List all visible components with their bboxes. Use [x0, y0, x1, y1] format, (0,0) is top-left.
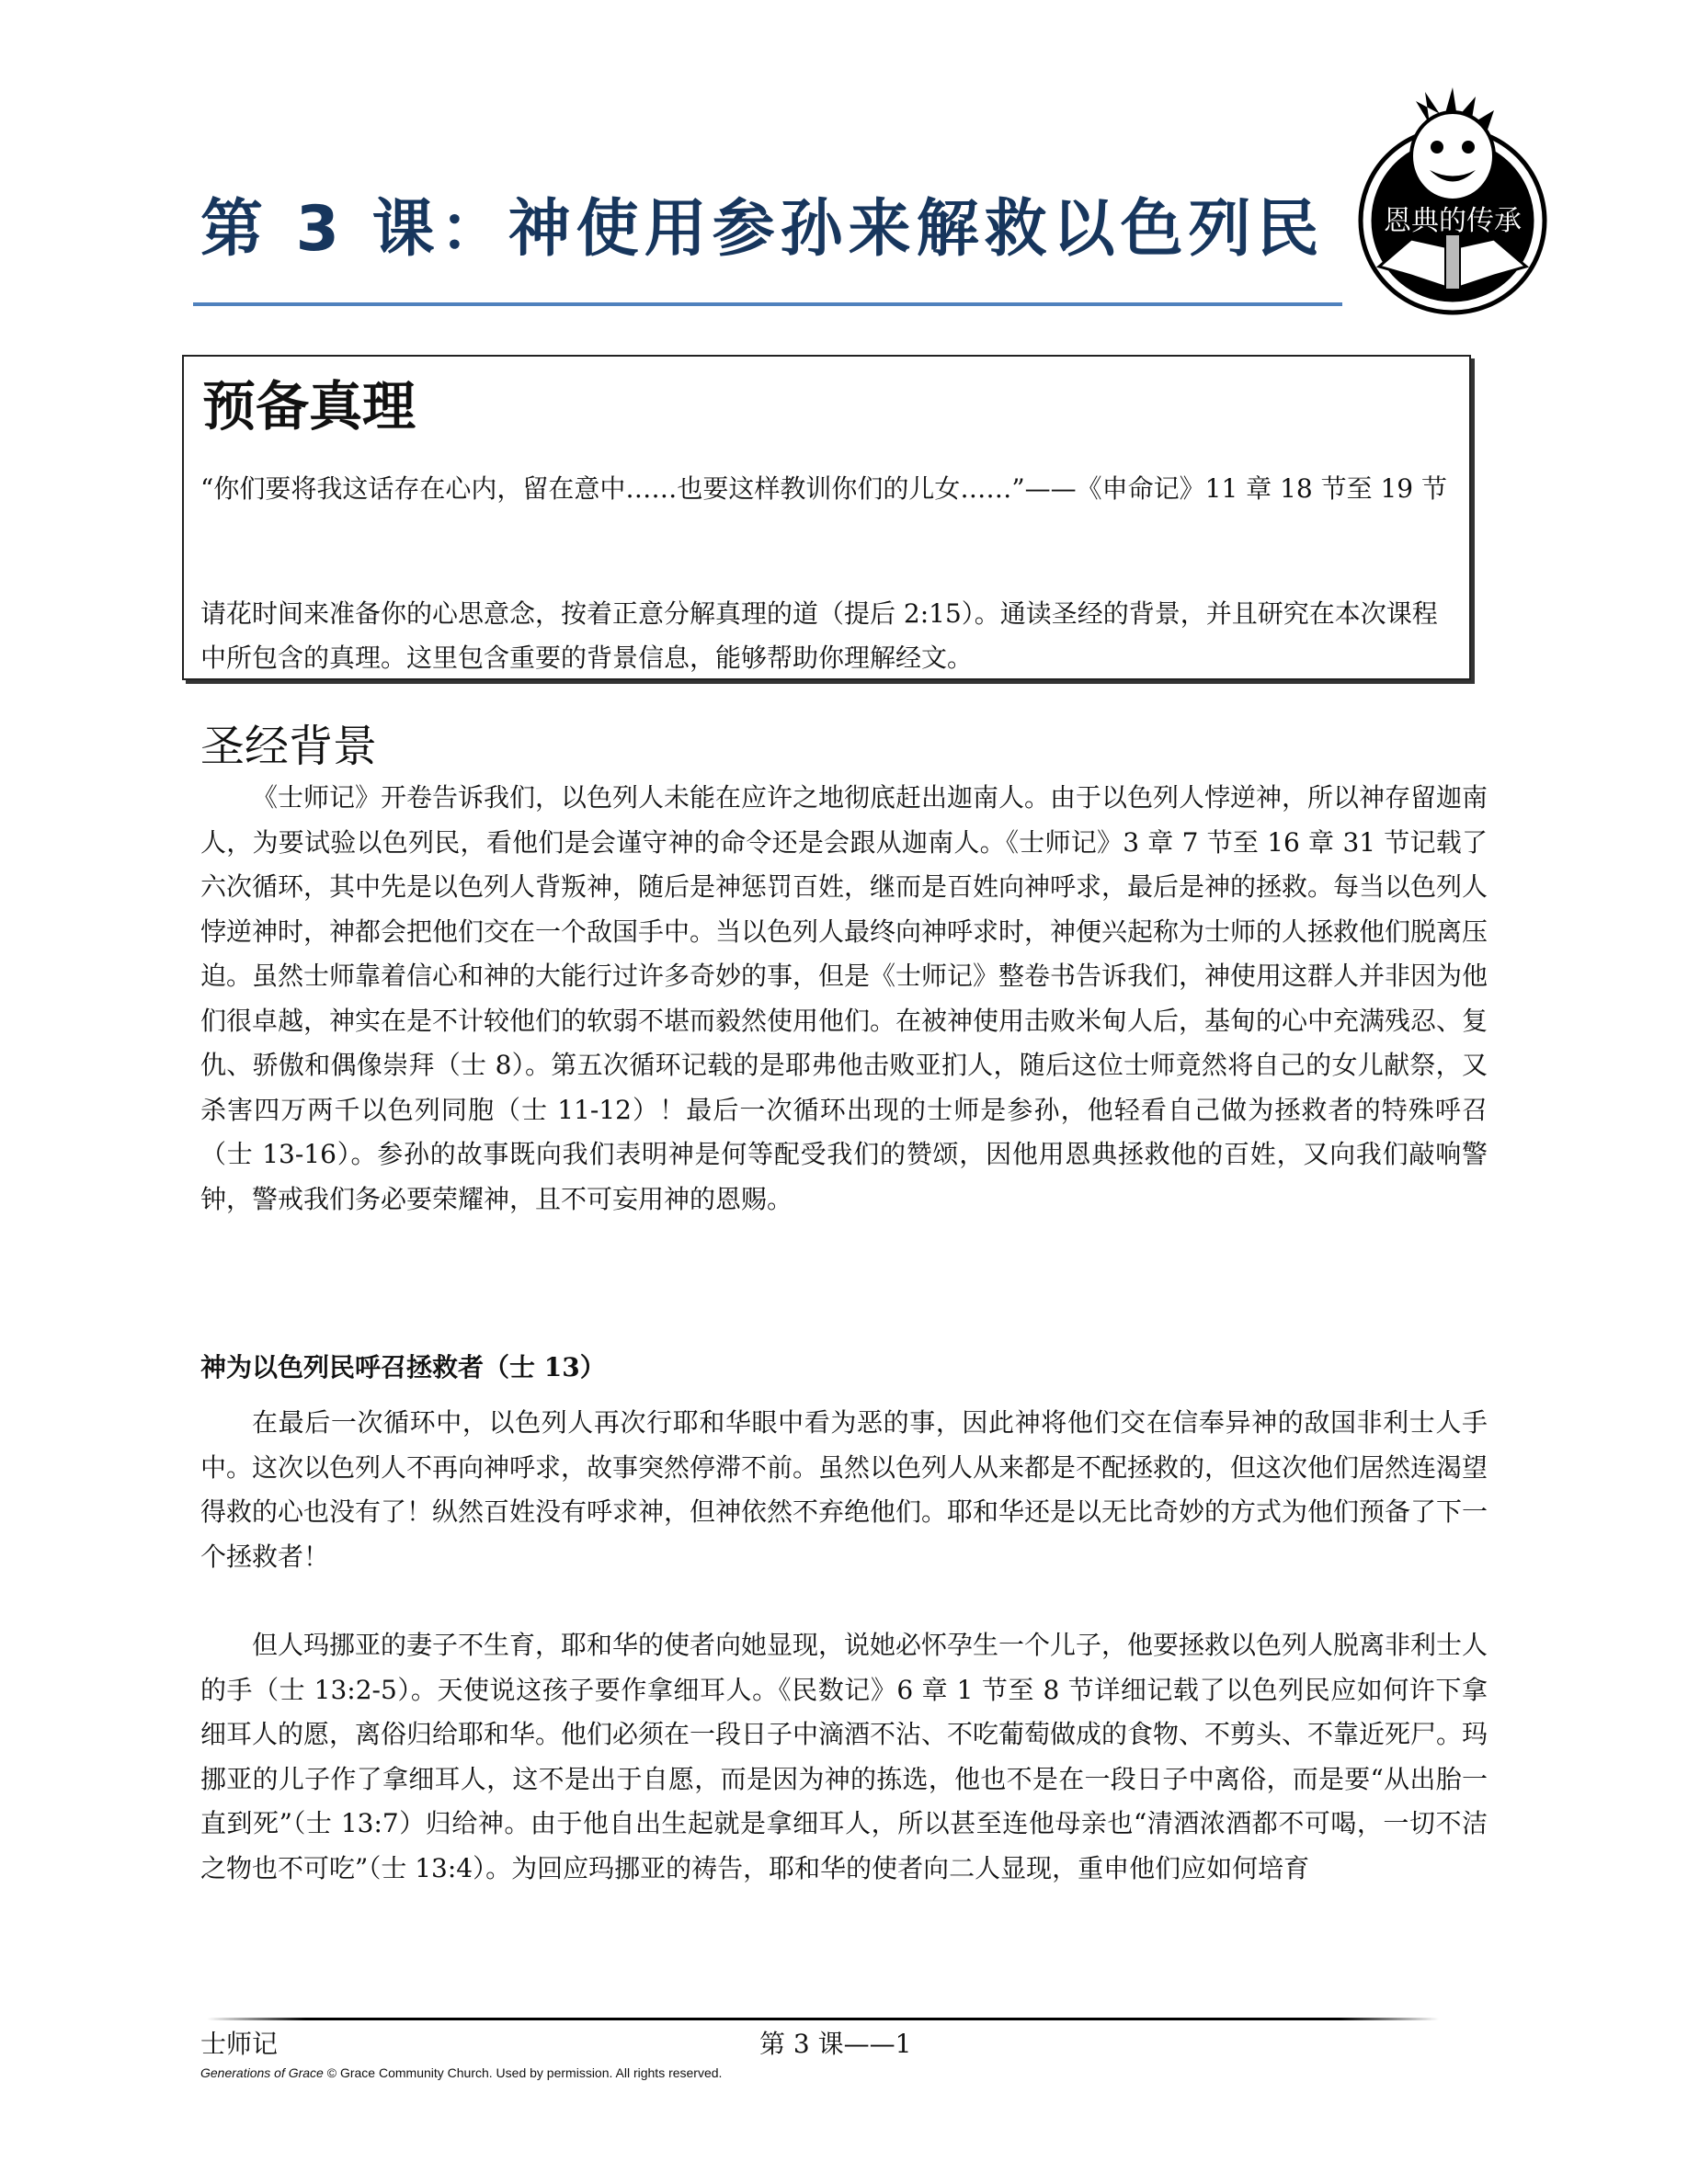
footer-divider: [207, 2018, 1439, 2020]
subsection-paragraph-2: 但人玛挪亚的妻子不生育，耶和华的使者向她显现，说她必怀孕生一个儿子，他要拯救以色…: [200, 1623, 1488, 1891]
prepare-truth-box: 预备真理 “你们要将我这话存在心内，留在意中……也要这样教训你们的儿女……”——…: [182, 355, 1471, 680]
memory-verse: “你们要将我这话存在心内，留在意中……也要这样教训你们的儿女……”——《申命记》…: [200, 467, 1460, 511]
svg-text:恩典的传承: 恩典的传承: [1384, 205, 1522, 237]
copyright-title: Generations of Grace: [200, 2065, 324, 2080]
title-divider: [193, 302, 1342, 306]
footer-book-name: 士师记: [200, 2028, 278, 2061]
logo-icon: 恩典的传承: [1338, 83, 1568, 322]
footer-page-number: 第 3 课——1: [759, 2028, 911, 2061]
generations-of-grace-logo: 恩典的传承: [1338, 83, 1568, 322]
prepare-instructions: 请花时间来准备你的心思意念，按着正意分解真理的道（提后 2:15）。通读圣经的背…: [200, 592, 1460, 680]
subsection-paragraph-1: 在最后一次循环中，以色列人再次行耶和华眼中看为恶的事，因此神将他们交在信奉异神的…: [200, 1401, 1488, 1579]
bible-background-heading: 圣经背景: [200, 719, 377, 774]
copyright-notice: Generations of Grace © Grace Community C…: [200, 2064, 722, 2082]
page-title: 第 3 课：神使用参孙来解救以色列民: [200, 193, 1325, 267]
prepare-truth-heading: 预备真理: [202, 373, 416, 439]
bible-background-paragraph: 《士师记》开卷告诉我们，以色列人未能在应许之地彻底赶出迦南人。由于以色列人悖逆神…: [200, 776, 1488, 1222]
copyright-text: © Grace Community Church. Used by permis…: [324, 2065, 723, 2080]
subsection-heading: 神为以色列民呼召拯救者（士 13）: [200, 1349, 606, 1386]
